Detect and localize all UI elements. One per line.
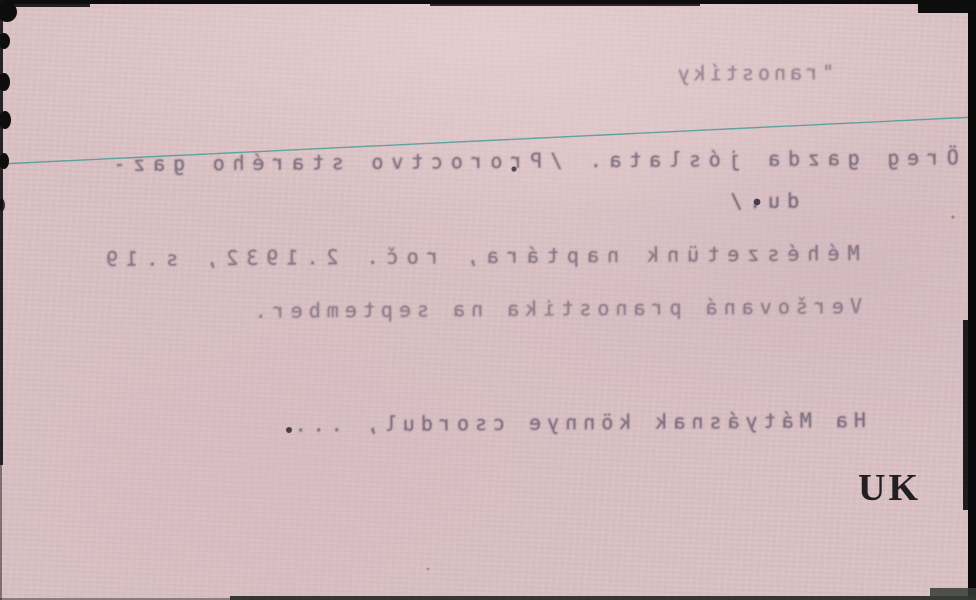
typewritten-line-jóslata: Öreg gazda jóslata. /Proroctvo starého g… — [106, 144, 959, 177]
bleedthrough-text-layer: "ranostíky Öreg gazda jóslata. /Proroctv… — [0, 0, 976, 600]
typewritten-line-du: du./ — [723, 188, 799, 215]
scanned-card: "ranostíky Öreg gazda jóslata. /Proroctv… — [0, 0, 976, 600]
typewritten-line-title: "ranostíky — [674, 59, 835, 86]
typewritten-line-subtitle: Veršovaná pranostika na september. — [249, 293, 863, 324]
stamp-uk: UK — [858, 466, 921, 510]
typewritten-line-verse: Ha Mátyásnak könnye csordul, ... — [289, 407, 866, 438]
typewritten-line-source: Méhészetünk naptára, roč. 2.1932, s.19 — [98, 240, 860, 272]
